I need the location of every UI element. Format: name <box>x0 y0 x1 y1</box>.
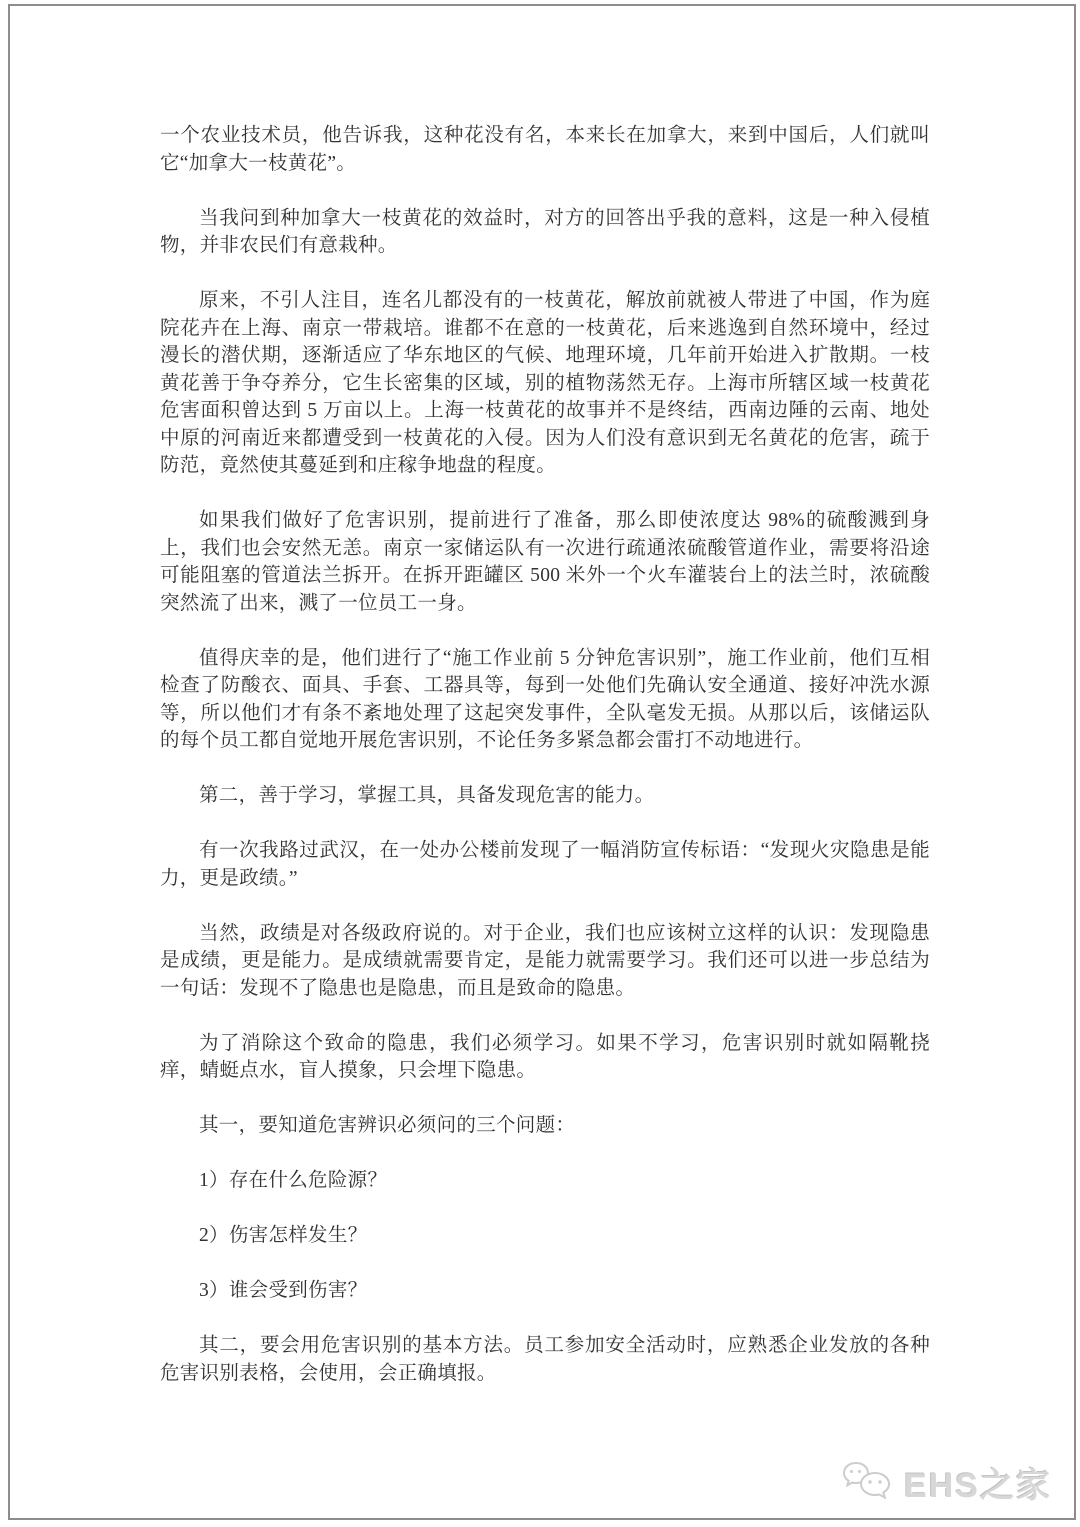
paragraph: 值得庆幸的是，他们进行了“施工作业前 5 分钟危害识别”，施工作业前，他们互相检… <box>160 645 930 755</box>
document-content: 一个农业技术员，他告诉我，这种花没有名，本来长在加拿大，来到中国后，人们就叫它“… <box>160 122 930 1415</box>
paragraph: 一个农业技术员，他告诉我，这种花没有名，本来长在加拿大，来到中国后，人们就叫它“… <box>160 122 930 177</box>
paragraph: 其一，要知道危害辨识必须问的三个问题： <box>160 1112 930 1140</box>
paragraph-section-heading: 第二，善于学习，掌握工具，具备发现危害的能力。 <box>160 782 930 810</box>
document-page: 一个农业技术员，他告诉我，这种花没有名，本来长在加拿大，来到中国后，人们就叫它“… <box>0 0 1080 1527</box>
list-item: 2）伤害怎样发生？ <box>160 1222 930 1250</box>
list-item: 1）存在什么危险源？ <box>160 1167 930 1195</box>
paragraph: 如果我们做好了危害识别，提前进行了准备，那么即使浓度达 98%的硫酸溅到身上，我… <box>160 507 930 617</box>
paragraph: 其二，要会用危害识别的基本方法。员工参加安全活动时，应熟悉企业发放的各种危害识别… <box>160 1332 930 1387</box>
paragraph: 当然，政绩是对各级政府说的。对于企业，我们也应该树立这样的认识：发现隐患是成绩，… <box>160 920 930 1003</box>
list-item: 3）谁会受到伤害？ <box>160 1277 930 1305</box>
wechat-icon <box>842 1461 894 1505</box>
watermark: EHS之家 <box>842 1458 1052 1507</box>
paragraph: 有一次我路过武汉，在一处办公楼前发现了一幅消防宣传标语：“发现火灾隐患是能力，更… <box>160 837 930 892</box>
paragraph: 原来，不引人注目，连名儿都没有的一枝黄花，解放前就被人带进了中国，作为庭院花卉在… <box>160 287 930 480</box>
watermark-text: EHS之家 <box>904 1458 1052 1507</box>
paragraph: 为了消除这个致命的隐患，我们必须学习。如果不学习，危害识别时就如隔靴挠痒，蜻蜓点… <box>160 1030 930 1085</box>
paragraph: 当我问到种加拿大一枝黄花的效益时，对方的回答出乎我的意料，这是一种入侵植物，并非… <box>160 205 930 260</box>
